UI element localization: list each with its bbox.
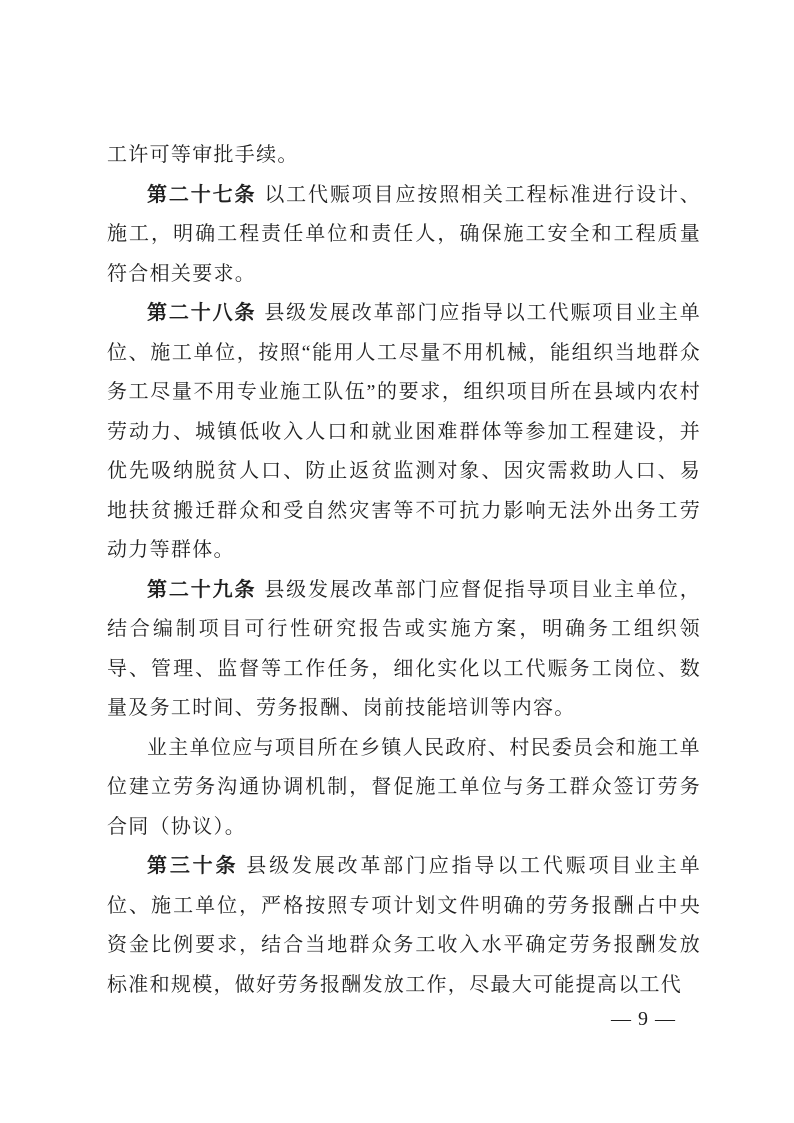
page-number: — 9 —	[611, 1006, 676, 1032]
article-29-heading: 第二十九条	[147, 579, 256, 601]
article-30-heading: 第三十条	[147, 855, 238, 877]
document-body: 工许可等审批手续。 第二十七条以工代赈项目应按照相关工程标准进行设计、施工，明确…	[107, 136, 701, 1005]
paragraph-text: 县级发展改革部门应指导以工代赈项目业主单位、施工单位，按照“能用人工尽量不用机械…	[107, 302, 701, 561]
paragraph-text: 工许可等审批手续。	[107, 144, 299, 166]
para-article-29: 第二十九条县级发展改革部门应督促指导项目业主单位，结合编制项目可行性研究报告或实…	[107, 571, 701, 729]
para-continuation: 工许可等审批手续。	[107, 136, 701, 176]
para-article-27: 第二十七条以工代赈项目应按照相关工程标准进行设计、施工，明确工程责任单位和责任人…	[107, 176, 701, 295]
paragraph-text: 业主单位应与项目所在乡镇人民政府、村民委员会和施工单位建立劳务沟通协调机制，督促…	[107, 737, 701, 838]
para-article-28: 第二十八条县级发展改革部门应指导以工代赈项目业主单位、施工单位，按照“能用人工尽…	[107, 294, 701, 571]
para-owner-unit-duty: 业主单位应与项目所在乡镇人民政府、村民委员会和施工单位建立劳务沟通协调机制，督促…	[107, 729, 701, 848]
article-27-heading: 第二十七条	[147, 184, 256, 206]
document-page: 工许可等审批手续。 第二十七条以工代赈项目应按照相关工程标准进行设计、施工，明确…	[0, 0, 794, 1123]
para-article-30: 第三十条县级发展改革部门应指导以工代赈项目业主单位、施工单位，严格按照专项计划文…	[107, 847, 701, 1005]
article-28-heading: 第二十八条	[147, 302, 256, 324]
